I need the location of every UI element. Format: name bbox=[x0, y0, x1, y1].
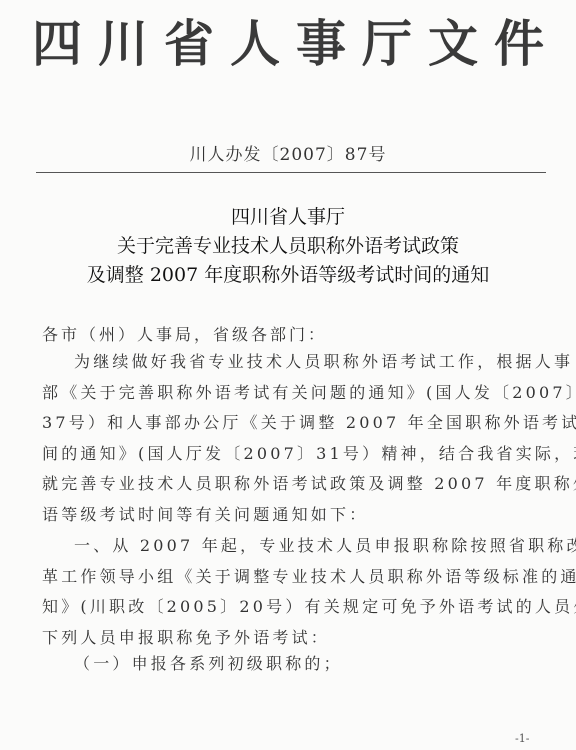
title-issuer: 四川省人事厅 bbox=[0, 203, 576, 232]
paragraph-line: 为继续做好我省专业技术人员职称外语考试工作，根据人事 bbox=[42, 347, 542, 378]
body-paragraph-2: 一、从 2007 年起，专业技术人员申报职称除按照省职称改 革工作领导小组《关于… bbox=[42, 531, 542, 653]
paragraph-line: 部《关于完善职称外语考试有关问题的通知》(国人发〔2007〕 bbox=[42, 378, 542, 409]
paragraph-line: 间的通知》(国人厅发〔2007〕31号）精神，结合我省实际，现 bbox=[42, 439, 542, 470]
body-paragraph-1: 为继续做好我省专业技术人员职称外语考试工作，根据人事 部《关于完善职称外语考试有… bbox=[42, 347, 542, 530]
body-paragraph-3: （一）申报各系列初级职称的； bbox=[42, 649, 542, 680]
salutation: 各市（州）人事局，省级各部门： bbox=[42, 322, 327, 345]
document-number: 川人办发〔2007〕87号 bbox=[0, 140, 576, 165]
paragraph-line: 语等级考试时间等有关问题通知如下： bbox=[42, 500, 542, 531]
document-page: 四川省人事厅文件 川人办发〔2007〕87号 四川省人事厅 关于完善专业技术人员… bbox=[0, 0, 576, 750]
title-line-2: 及调整 2007 年度职称外语等级考试时间的通知 bbox=[0, 261, 576, 290]
masthead-title: 四川省人事厅文件 bbox=[0, 4, 576, 76]
paragraph-line: （一）申报各系列初级职称的； bbox=[42, 649, 542, 680]
paragraph-line: 就完善专业技术人员职称外语考试政策及调整 2007 年度职称外 bbox=[42, 469, 542, 500]
page-number: -1- bbox=[515, 732, 529, 745]
paragraph-line: 一、从 2007 年起，专业技术人员申报职称除按照省职称改 bbox=[42, 531, 542, 562]
header-divider bbox=[36, 172, 546, 173]
notice-title: 四川省人事厅 关于完善专业技术人员职称外语考试政策 及调整 2007 年度职称外… bbox=[0, 203, 576, 290]
paragraph-line: 37号）和人事部办公厅《关于调整 2007 年全国职称外语考试时 bbox=[42, 408, 542, 439]
paragraph-line: 革工作领导小组《关于调整专业技术人员职称外语等级标准的通 bbox=[42, 562, 542, 593]
paragraph-line: 知》(川职改〔2005〕20号）有关规定可免予外语考试的人员外， bbox=[42, 592, 542, 623]
title-line-1: 关于完善专业技术人员职称外语考试政策 bbox=[0, 232, 576, 261]
